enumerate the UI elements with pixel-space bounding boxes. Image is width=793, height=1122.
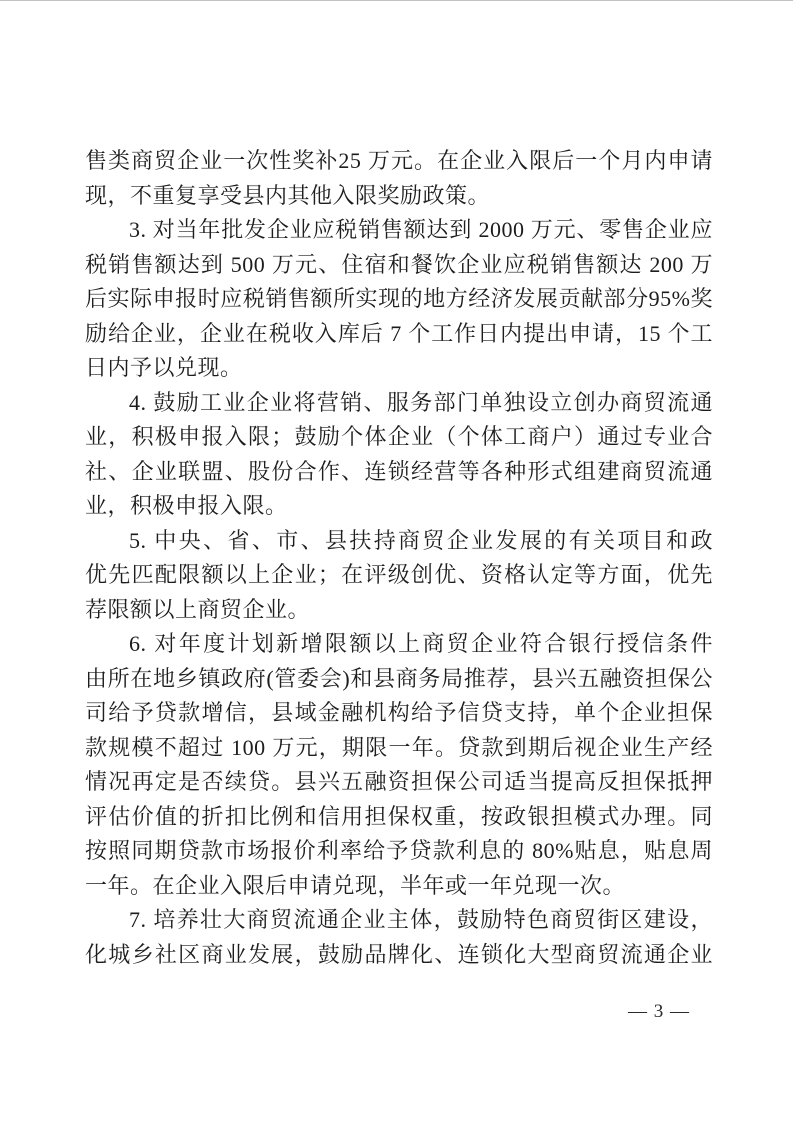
- text-line: 3. 对当年批发企业应税销售额达到 2000 万元、零售企业应: [85, 213, 713, 248]
- text-line: 荐限额以上商贸企业。: [85, 593, 713, 628]
- text-line: 后实际申报时应税销售额所实现的地方经济发展贡献部分95%奖: [85, 282, 713, 317]
- scan-edge-line: [0, 0, 793, 1]
- text-line: 评估价值的折扣比例和信用担保权重，按政银担模式办理。同时，: [85, 800, 713, 835]
- text-line: 按照同期贷款市场报价利率给予贷款利息的 80%贴息，贴息周期: [85, 834, 713, 869]
- text-line: 业，积极申报入限；鼓励个体企业（个体工商户）通过专业合作: [85, 420, 713, 455]
- text-line: 7. 培养壮大商贸流通企业主体，鼓励特色商贸街区建设，强: [85, 903, 713, 938]
- text-line: 励给企业，企业在税收入库后 7 个工作日内提出申请，15 个工作: [85, 317, 713, 352]
- text-line: 现，不重复享受县内其他入限奖励政策。: [85, 179, 713, 214]
- text-line: 税销售额达到 500 万元、住宿和餐饮企业应税销售额达 200 万元: [85, 248, 713, 283]
- text-line: 4. 鼓励工业企业将营销、服务部门单独设立创办商贸流通企: [85, 386, 713, 421]
- document-page: { "page": { "background": "#ffffff", "te…: [0, 0, 793, 1122]
- document-body: 售类商贸企业一次性奖补25 万元。在企业入限后一个月内申请兑现，不重复享受县内其…: [85, 144, 713, 972]
- text-line: 司给予贷款增信，县域金融机构给予信贷支持，单个企业担保贷: [85, 696, 713, 731]
- text-line: 日内予以兑现。: [85, 351, 713, 386]
- text-line: 5. 中央、省、市、县扶持商贸企业发展的有关项目和政策，: [85, 524, 713, 559]
- text-line: 化城乡社区商业发展，鼓励品牌化、连锁化大型商贸流通企业进: [85, 938, 713, 973]
- page-number: — 3 —: [628, 1001, 690, 1023]
- text-line: 一年。在企业入限后申请兑现，半年或一年兑现一次。: [85, 869, 713, 904]
- text-line: 业，积极申报入限。: [85, 489, 713, 524]
- text-line: 6. 对年度计划新增限额以上商贸企业符合银行授信条件的，: [85, 627, 713, 662]
- text-line: 售类商贸企业一次性奖补25 万元。在企业入限后一个月内申请兑: [85, 144, 713, 179]
- text-line: 由所在地乡镇政府(管委会)和县商务局推荐，县兴五融资担保公: [85, 662, 713, 697]
- text-line: 款规模不超过 100 万元，期限一年。贷款到期后视企业生产经营: [85, 731, 713, 766]
- text-line: 社、企业联盟、股份合作、连锁经营等各种形式组建商贸流通企: [85, 455, 713, 490]
- text-line: 优先匹配限额以上企业；在评级创优、资格认定等方面，优先推: [85, 558, 713, 593]
- text-line: 情况再定是否续贷。县兴五融资担保公司适当提高反担保抵押物: [85, 765, 713, 800]
